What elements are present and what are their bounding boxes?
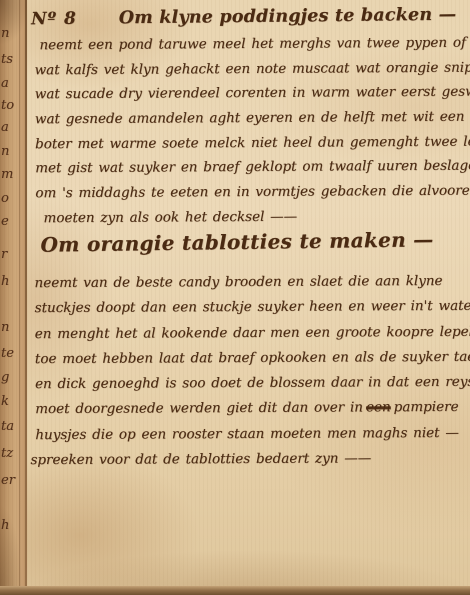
margin-fragment: r (1, 247, 7, 262)
margin-fragment: n (1, 26, 9, 41)
margin-fragment: g (1, 370, 9, 385)
margin-fragment: tz (1, 446, 13, 461)
struck-out-word: een (366, 400, 391, 416)
margin-fragment: a (1, 120, 9, 135)
line-segment: pampiere (394, 399, 459, 415)
margin-fragment: a (1, 76, 9, 91)
margin-fragment: to (1, 98, 14, 113)
manuscript-line: neemt van de beste candy brooden en slae… (26, 273, 469, 301)
manuscript-line: neemt een pond taruwe meel het merghs va… (26, 35, 469, 62)
margin-fragment: n (1, 320, 9, 335)
recipe2-body: neemt van de beste candy brooden en slae… (26, 273, 470, 478)
binding-gutter: n ts a to a n m o e r h n te g k ta tz e… (0, 0, 27, 595)
page-bottom-edge (0, 586, 470, 595)
recipe1-header: Nº 8Om klyne poddingjes te backen — (31, 5, 461, 30)
manuscript-line: met gist wat suyker en braef geklopt om … (27, 158, 470, 185)
manuscript-line-with-correction: moet doorgesnede werden giet dit dan ove… (27, 399, 470, 427)
margin-fragment: e (1, 214, 9, 229)
margin-fragment: m (1, 167, 13, 182)
manuscript-line: toe moet hebben laat dat braef opkooken … (27, 349, 470, 377)
manuscript-line: wat gesnede amandelen aght eyeren en de … (27, 109, 470, 136)
manuscript-page: n ts a to a n m o e r h n te g k ta tz e… (0, 0, 470, 595)
manuscript-line: en dick genoeghd is soo doet de blossem … (27, 374, 470, 402)
paper-surface: Nº 8Om klyne poddingjes te backen — neem… (27, 0, 470, 595)
margin-fragment: ta (1, 419, 14, 434)
recipe1-title: Om klyne poddingjes te backen — (119, 5, 457, 29)
manuscript-line: wat kalfs vet klyn gehackt een note musc… (27, 59, 470, 86)
manuscript-line: en menght het al kookende daar men een g… (27, 323, 470, 351)
margin-fragment: n (1, 144, 9, 159)
recipe2-title: Om orangie tablotties te maken — (27, 227, 447, 257)
page-fold-inner-line (19, 0, 20, 595)
manuscript-line: boter met warme soete melck niet heel du… (27, 133, 470, 160)
recipe1-body: neemt een pond taruwe meel het merghs va… (26, 35, 470, 235)
margin-fragment: h (1, 274, 9, 289)
margin-fragment: o (1, 191, 9, 206)
manuscript-line: stuckjes doopt dan een stuckje suyker he… (27, 298, 470, 326)
margin-fragment: h (1, 518, 9, 533)
manuscript-line: wat sucade dry vierendeel corenten in wa… (27, 84, 470, 111)
margin-fragment: te (1, 346, 14, 361)
line-segment: moet doorgesnede werden giet dit dan ove… (35, 400, 363, 418)
manuscript-line: huysjes die op een rooster staan moeten … (27, 425, 470, 453)
margin-fragment: k (1, 394, 9, 409)
margin-fragment: ts (1, 52, 13, 67)
page-fold-edge (25, 0, 27, 595)
manuscript-line: om 's middaghs te eeten en in vormtjes g… (27, 183, 470, 210)
margin-fragment: er (1, 473, 15, 488)
manuscript-line: spreeken voor dat de tablotties bedaert … (27, 450, 470, 478)
recipe-number: Nº 8 (31, 9, 77, 29)
